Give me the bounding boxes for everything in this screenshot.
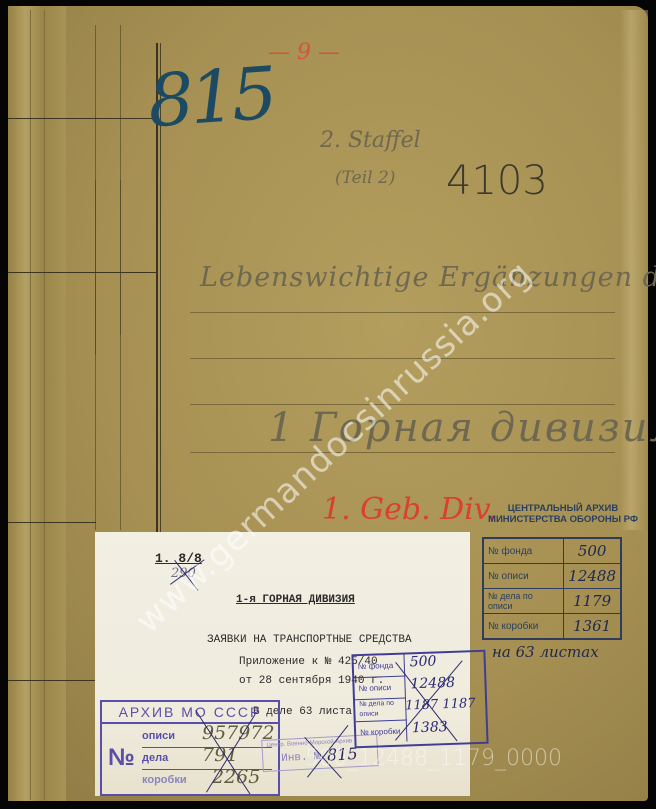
pencil-staffel-note: 2. Staffel xyxy=(320,128,421,153)
archive-stamp-header: ЦЕНТРАЛЬНЫЙ АРХИВ МИНИСТЕРСТВА ОБОРОНЫ Р… xyxy=(483,503,643,525)
archive-row: № фонда500 xyxy=(483,538,621,564)
archive-row-value: 1361 xyxy=(564,614,621,640)
german-title: Lebenswichtige Ergänzungen d. 1. Staffel xyxy=(200,262,656,293)
archive-row-label: № фонда xyxy=(483,538,564,564)
stamp-mo-row-label: описи xyxy=(142,730,175,742)
red-division-note: 1. Geb. Div. xyxy=(322,492,497,527)
spine-line xyxy=(30,10,31,800)
spine-rule xyxy=(8,522,96,523)
stamp-mo-title: АРХИВ МО СССР xyxy=(102,704,278,724)
stamp-mo-row-label: дела xyxy=(142,752,168,764)
stamp-archive-right: № фонда 500 № описи 12488 № дела по опис… xyxy=(351,650,488,749)
label-subject: ЗАЯВКИ НА ТРАНСПОРТНЫЕ СРЕДСТВА xyxy=(207,634,412,646)
archive-header-line2: МИНИСТЕРСТВА ОБОРОНЫ РФ xyxy=(483,514,643,525)
writing-rule xyxy=(190,452,615,453)
file-number-blue: 815 xyxy=(145,51,276,144)
archive-row: № коробки1361 xyxy=(483,614,621,640)
archive-row-value: 500 xyxy=(564,538,621,564)
sheets-count-note: на 63 листах xyxy=(492,643,599,661)
spine-rule xyxy=(8,118,158,119)
label-division: 1-я ГОРНАЯ ДИВИЗИЯ xyxy=(236,594,355,606)
stamp-right-row-label: № дела по описи xyxy=(355,698,407,722)
number-4103: 4103 xyxy=(446,158,548,204)
writing-rule xyxy=(190,312,615,313)
stamp-mo-number-sign: № xyxy=(108,744,135,772)
stamp-right-row-value: 500 xyxy=(409,653,436,670)
archive-row-label: № дела по описи xyxy=(483,589,564,614)
spine-line xyxy=(95,180,96,530)
archive-row-value: 1179 xyxy=(564,589,621,614)
spine-line xyxy=(120,180,121,530)
archive-stamp-table: № фонда500 № описи12488 № дела по описи1… xyxy=(482,537,622,640)
watermark-file-id: 500_12488_1179_0000 xyxy=(305,746,562,771)
archive-row-label: № коробки xyxy=(483,614,564,640)
file-number-red: — 9 — xyxy=(268,40,340,65)
archive-row: № описи12488 xyxy=(483,564,621,589)
spine-line xyxy=(44,10,45,800)
archive-row: № дела по описи1179 xyxy=(483,589,621,614)
spine-rule xyxy=(8,680,96,681)
pencil-teil-note: (Teil 2) xyxy=(335,168,395,188)
stamp-right-row-label: № описи xyxy=(354,677,406,701)
archive-row-label: № описи xyxy=(483,564,564,589)
archive-header-line1: ЦЕНТРАЛЬНЫЙ АРХИВ xyxy=(483,503,643,514)
spine-rule xyxy=(8,272,158,273)
stamp-right-row-value: 1187 1187 xyxy=(405,696,476,713)
folder-spine xyxy=(8,6,66,801)
stamp-mo-row-label: коробки xyxy=(142,774,187,786)
stamp-right-row-label: № коробки xyxy=(356,720,408,743)
archive-row-value: 12488 xyxy=(564,564,621,589)
